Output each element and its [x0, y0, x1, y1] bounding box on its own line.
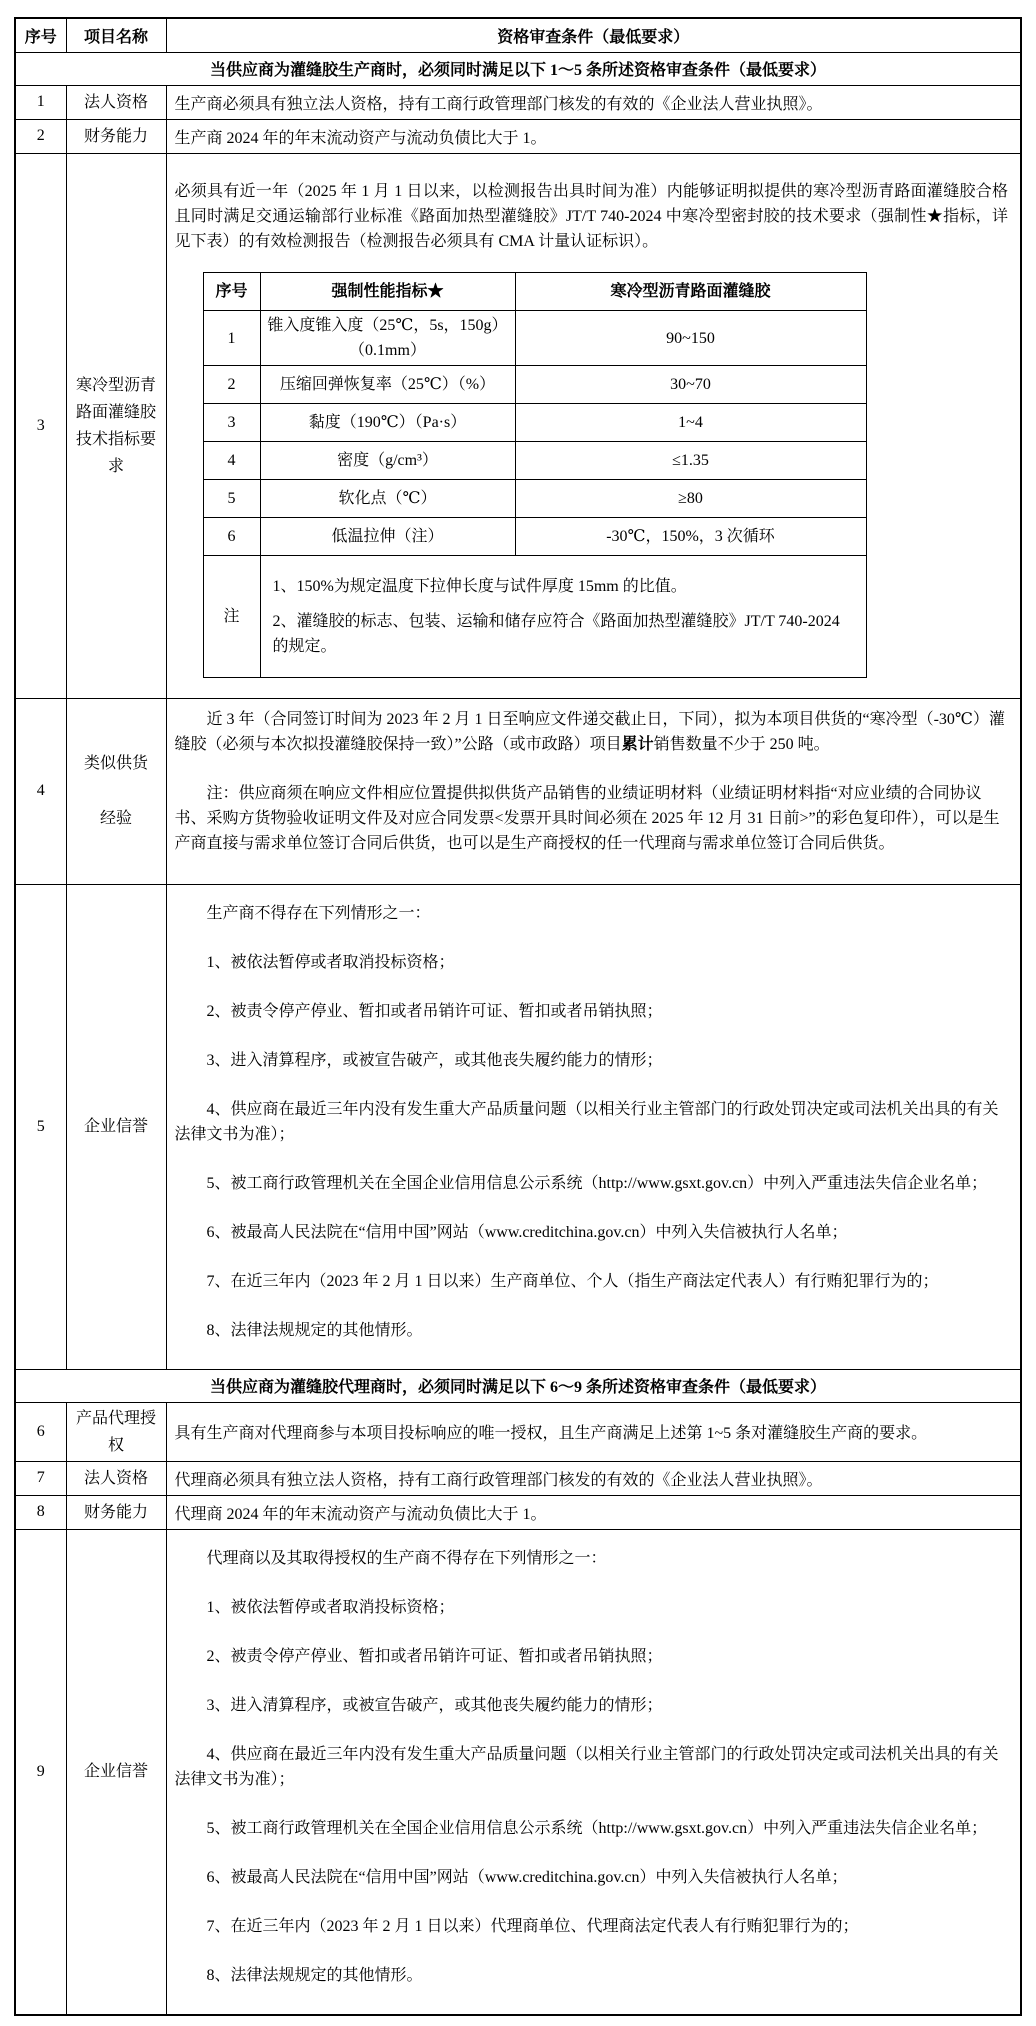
row3-condition: 必须具有近一年（2025 年 1 月 1 日以来，以检测报告出具时间为准）内能够… — [166, 153, 1021, 698]
table-row: 3 寒冷型沥青路面灌缝胶技术指标要求 必须具有近一年（2025 年 1 月 1 … — [15, 153, 1021, 698]
row4-para1-bold-text: 累计 — [622, 736, 654, 753]
table-row: 6 产品代理授权 具有生产商对代理商参与本项目投标响应的唯一授权，且生产商满足上… — [15, 1402, 1021, 1461]
header-cell-serial: 序号 — [15, 18, 66, 52]
row1-serial: 1 — [15, 85, 66, 119]
row3-item-name: 寒冷型沥青路面灌缝胶技术指标要求 — [66, 153, 166, 698]
row6-serial: 6 — [15, 1402, 66, 1461]
row4-paragraph-2: 注：供应商须在响应文件相应位置提供拟供货产品销售的业绩证明材料（业绩证明材料指“… — [175, 781, 1009, 856]
row5-item: 5、被工商行政管理机关在全国企业信用信息公示系统（http://www.gsxt… — [175, 1171, 1009, 1196]
indicator-1-name: 锥入度锥入度（25℃，5s，150g）（0.1mm） — [260, 311, 515, 366]
agent-section-banner: 当供应商为灌缝胶代理商时，必须同时满足以下 6～9 条所述资格审查条件（最低要求… — [15, 1369, 1021, 1402]
note-label: 注 — [203, 556, 260, 678]
row9-item: 4、供应商在最近三年内没有发生重大产品质量问题（以相关行业主管部门的行政处罚决定… — [175, 1742, 1009, 1792]
row9-item-name: 企业信誉 — [66, 1529, 166, 2015]
inner-table-row: 6 低温拉伸（注） -30℃，150%，3 次循环 — [203, 518, 866, 556]
row8-serial: 8 — [15, 1495, 66, 1529]
row6-item-name: 产品代理授权 — [66, 1402, 166, 1461]
indicator-1-serial: 1 — [203, 311, 260, 366]
table-header-row: 序号 项目名称 资格审查条件（最低要求） — [15, 18, 1021, 52]
table-row: 7 法人资格 代理商必须具有独立法人资格，持有工商行政管理部门核发的有效的《企业… — [15, 1461, 1021, 1495]
note-line-2: 2、灌缝胶的标志、包装、运输和储存应符合《路面加热型灌缝胶》JT/T 740-2… — [273, 609, 854, 659]
row2-serial: 2 — [15, 119, 66, 153]
performance-indicator-table: 序号 强制性能指标★ 寒冷型沥青路面灌缝胶 1 锥入度锥入度（25℃，5s，15… — [203, 272, 867, 678]
row9-item: 2、被责令停产停业、暂扣或者吊销许可证、暂扣或者吊销执照； — [175, 1644, 1009, 1669]
row5-item-name: 企业信誉 — [66, 884, 166, 1369]
indicator-2-value: 30~70 — [515, 366, 866, 404]
row9-item: 5、被工商行政管理机关在全国企业信用信息公示系统（http://www.gsxt… — [175, 1816, 1009, 1841]
header-cell-item-name: 项目名称 — [66, 18, 166, 52]
indicator-1-value: 90~150 — [515, 311, 866, 366]
row5-item: 2、被责令停产停业、暂扣或者吊销许可证、暂扣或者吊销执照； — [175, 999, 1009, 1024]
table-row: 9 企业信誉 代理商以及其取得授权的生产商不得存在下列情形之一： 1、被依法暂停… — [15, 1529, 1021, 2015]
row2-condition: 生产商 2024 年的年末流动资产与流动负债比大于 1。 — [166, 119, 1021, 153]
document-page: 序号 项目名称 资格审查条件（最低要求） 当供应商为灌缝胶生产商时，必须同时满足… — [0, 0, 1036, 2026]
indicator-3-name: 黏度（190℃）（Pa·s） — [260, 404, 515, 442]
row3-intro-paragraph: 必须具有近一年（2025 年 1 月 1 日以来，以检测报告出具时间为准）内能够… — [175, 179, 1009, 254]
row9-item: 3、进入清算程序，或被宣告破产，或其他丧失履约能力的情形； — [175, 1693, 1009, 1718]
table-row: 1 法人资格 生产商必须具有独立法人资格，持有工商行政管理部门核发的有效的《企业… — [15, 85, 1021, 119]
table-row: 2 财务能力 生产商 2024 年的年末流动资产与流动负债比大于 1。 — [15, 119, 1021, 153]
indicator-6-name: 低温拉伸（注） — [260, 518, 515, 556]
row7-item-name: 法人资格 — [66, 1461, 166, 1495]
indicator-6-serial: 6 — [203, 518, 260, 556]
indicator-2-serial: 2 — [203, 366, 260, 404]
inner-table-row: 2 压缩回弹恢复率（25℃）（%） 30~70 — [203, 366, 866, 404]
row9-item: 1、被依法暂停或者取消投标资格； — [175, 1595, 1009, 1620]
indicator-6-value: -30℃，150%，3 次循环 — [515, 518, 866, 556]
row5-item: 8、法律法规规定的其他情形。 — [175, 1318, 1009, 1343]
row4-para1-text: 近 3 年（合同签订时间为 2023 年 2 月 1 日至响应文件递交截止日，下… — [175, 711, 1005, 753]
table-row: 8 财务能力 代理商 2024 年的年末流动资产与流动负债比大于 1。 — [15, 1495, 1021, 1529]
inner-header-indicator: 强制性能指标★ — [260, 273, 515, 311]
row9-item: 6、被最高人民法院在“信用中国”网站（www.creditchina.gov.c… — [175, 1865, 1009, 1890]
row4-serial: 4 — [15, 698, 66, 884]
row9-item: 8、法律法规规定的其他情形。 — [175, 1963, 1009, 1988]
inner-table-row: 3 黏度（190℃）（Pa·s） 1~4 — [203, 404, 866, 442]
inner-table-row: 4 密度（g/cm³） ≤1.35 — [203, 442, 866, 480]
indicator-3-serial: 3 — [203, 404, 260, 442]
row4-paragraph-1: 近 3 年（合同签订时间为 2023 年 2 月 1 日至响应文件递交截止日，下… — [175, 707, 1009, 757]
row5-item: 6、被最高人民法院在“信用中国”网站（www.creditchina.gov.c… — [175, 1220, 1009, 1245]
inner-table-row: 1 锥入度锥入度（25℃，5s，150g）（0.1mm） 90~150 — [203, 311, 866, 366]
inner-header-serial: 序号 — [203, 273, 260, 311]
row4-name-line1: 类似供货 — [69, 750, 164, 777]
qualification-review-table: 序号 项目名称 资格审查条件（最低要求） 当供应商为灌缝胶生产商时，必须同时满足… — [14, 17, 1022, 2016]
producer-section-row: 当供应商为灌缝胶生产商时，必须同时满足以下 1～5 条所述资格审查条件（最低要求… — [15, 52, 1021, 85]
row8-condition: 代理商 2024 年的年末流动资产与流动负债比大于 1。 — [166, 1495, 1021, 1529]
indicator-4-name: 密度（g/cm³） — [260, 442, 515, 480]
indicator-2-name: 压缩回弹恢复率（25℃）（%） — [260, 366, 515, 404]
row7-serial: 7 — [15, 1461, 66, 1495]
row6-condition: 具有生产商对代理商参与本项目投标响应的唯一授权，且生产商满足上述第 1~5 条对… — [166, 1402, 1021, 1461]
row5-condition: 生产商不得存在下列情形之一： 1、被依法暂停或者取消投标资格； 2、被责令停产停… — [166, 884, 1021, 1369]
header-cell-condition: 资格审查条件（最低要求） — [166, 18, 1021, 52]
row1-condition: 生产商必须具有独立法人资格，持有工商行政管理部门核发的有效的《企业法人营业执照》… — [166, 85, 1021, 119]
inner-note-row: 注 1、150%为规定温度下拉伸长度与试件厚度 15mm 的比值。 2、灌缝胶的… — [203, 556, 866, 678]
row9-intro: 代理商以及其取得授权的生产商不得存在下列情形之一： — [175, 1546, 1009, 1571]
inner-table-row: 5 软化点（℃） ≥80 — [203, 480, 866, 518]
indicator-4-value: ≤1.35 — [515, 442, 866, 480]
note-line-1: 1、150%为规定温度下拉伸长度与试件厚度 15mm 的比值。 — [273, 574, 854, 599]
row5-serial: 5 — [15, 884, 66, 1369]
row1-item-name: 法人资格 — [66, 85, 166, 119]
row5-item: 4、供应商在最近三年内没有发生重大产品质量问题（以相关行业主管部门的行政处罚决定… — [175, 1097, 1009, 1147]
row4-para1-tail: 销售数量不少于 250 吨。 — [654, 736, 830, 753]
row4-item-name: 类似供货 经验 — [66, 698, 166, 884]
row2-item-name: 财务能力 — [66, 119, 166, 153]
row5-item: 3、进入清算程序，或被宣告破产，或其他丧失履约能力的情形； — [175, 1048, 1009, 1073]
note-content: 1、150%为规定温度下拉伸长度与试件厚度 15mm 的比值。 2、灌缝胶的标志… — [260, 556, 866, 678]
row7-condition: 代理商必须具有独立法人资格，持有工商行政管理部门核发的有效的《企业法人营业执照》… — [166, 1461, 1021, 1495]
inner-header-product: 寒冷型沥青路面灌缝胶 — [515, 273, 866, 311]
row3-serial: 3 — [15, 153, 66, 698]
indicator-5-name: 软化点（℃） — [260, 480, 515, 518]
agent-section-row: 当供应商为灌缝胶代理商时，必须同时满足以下 6～9 条所述资格审查条件（最低要求… — [15, 1369, 1021, 1402]
indicator-3-value: 1~4 — [515, 404, 866, 442]
indicator-5-serial: 5 — [203, 480, 260, 518]
row8-item-name: 财务能力 — [66, 1495, 166, 1529]
row4-name-line2: 经验 — [69, 805, 164, 832]
table-row: 4 类似供货 经验 近 3 年（合同签订时间为 2023 年 2 月 1 日至响… — [15, 698, 1021, 884]
row9-condition: 代理商以及其取得授权的生产商不得存在下列情形之一： 1、被依法暂停或者取消投标资… — [166, 1529, 1021, 2015]
row5-intro: 生产商不得存在下列情形之一： — [175, 901, 1009, 926]
table-row: 5 企业信誉 生产商不得存在下列情形之一： 1、被依法暂停或者取消投标资格； 2… — [15, 884, 1021, 1369]
indicator-5-value: ≥80 — [515, 480, 866, 518]
producer-section-banner: 当供应商为灌缝胶生产商时，必须同时满足以下 1～5 条所述资格审查条件（最低要求… — [15, 52, 1021, 85]
row4-condition: 近 3 年（合同签订时间为 2023 年 2 月 1 日至响应文件递交截止日，下… — [166, 698, 1021, 884]
row9-item: 7、在近三年内（2023 年 2 月 1 日以来）代理商单位、代理商法定代表人有… — [175, 1914, 1009, 1939]
row5-item: 7、在近三年内（2023 年 2 月 1 日以来）生产商单位、个人（指生产商法定… — [175, 1269, 1009, 1294]
inner-header-row: 序号 强制性能指标★ 寒冷型沥青路面灌缝胶 — [203, 273, 866, 311]
indicator-4-serial: 4 — [203, 442, 260, 480]
row9-serial: 9 — [15, 1529, 66, 2015]
row5-item: 1、被依法暂停或者取消投标资格； — [175, 950, 1009, 975]
